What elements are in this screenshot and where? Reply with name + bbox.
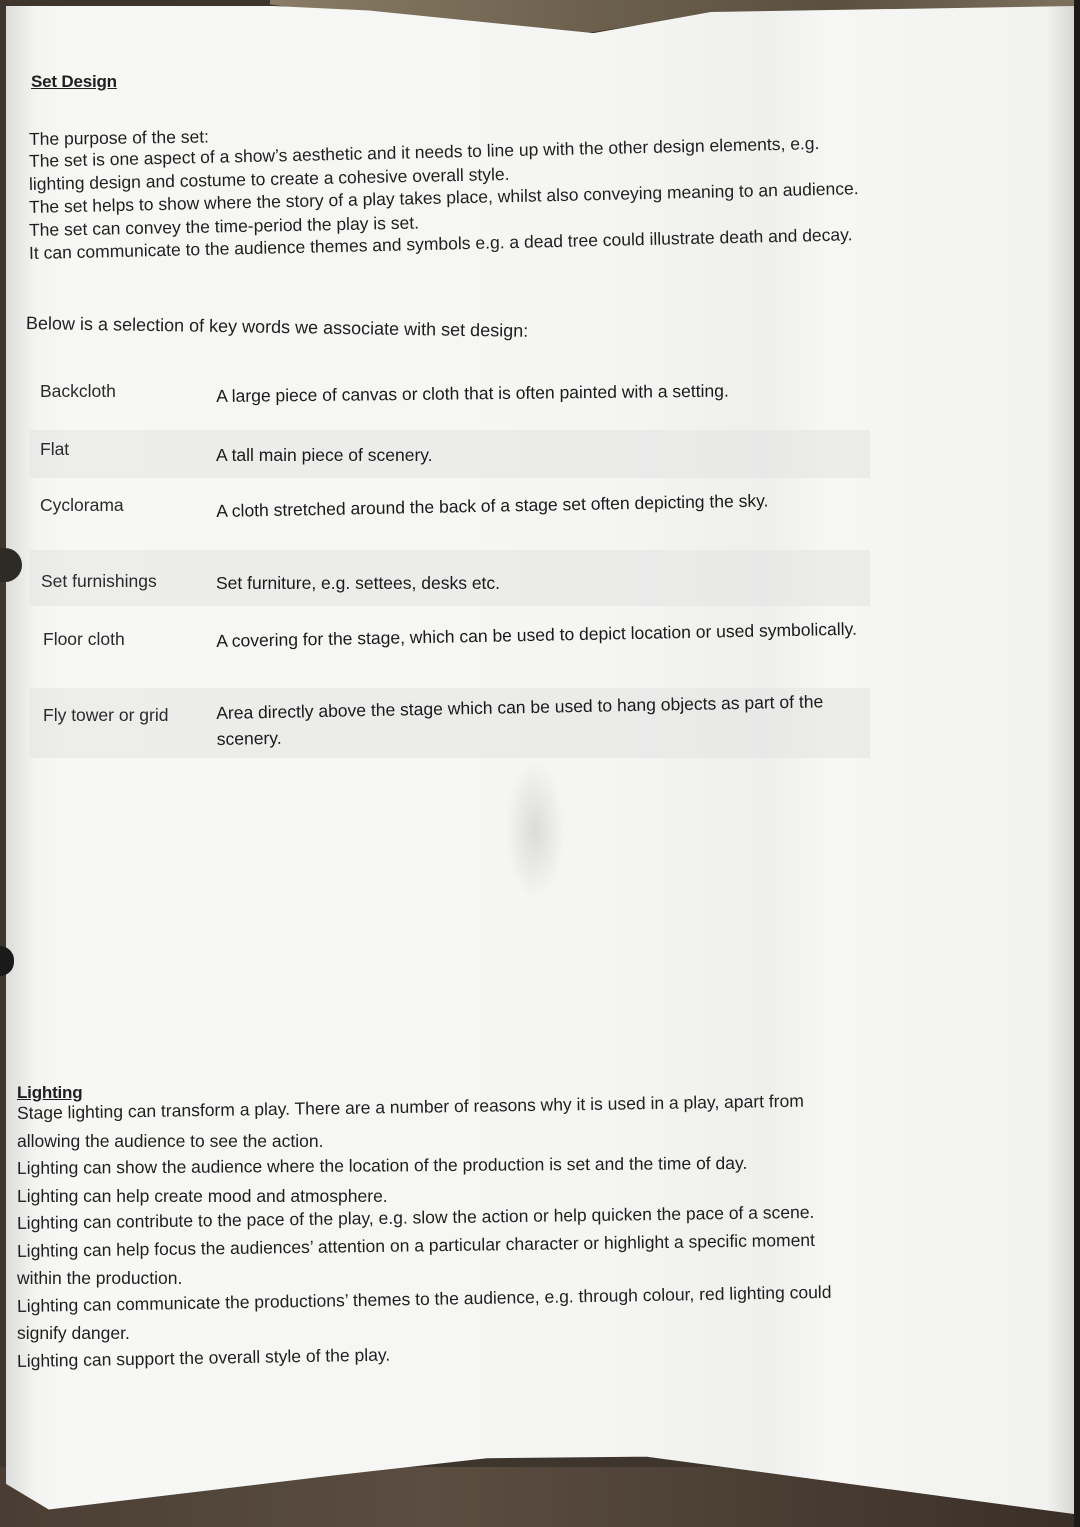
lighting-paragraph: Stage lighting can transform a play. The… bbox=[17, 1100, 832, 1375]
set-design-heading: Set Design bbox=[31, 72, 117, 92]
keyword-row: Cyclorama A cloth stretched around the b… bbox=[30, 486, 870, 542]
text-line: Lighting can show the audience where the… bbox=[17, 1149, 832, 1182]
fold-shadow bbox=[505, 760, 565, 900]
keyword-term: Floor cloth bbox=[43, 626, 203, 652]
keyword-row: Set furnishings Set furniture, e.g. sett… bbox=[30, 550, 870, 606]
keyword-definition: Area directly above the stage which can … bbox=[216, 687, 877, 752]
keyword-term: Flat bbox=[40, 436, 200, 462]
set-purpose-paragraph: The purpose of the set: The set is one a… bbox=[29, 126, 859, 266]
keyword-term: Cyclorama bbox=[40, 492, 200, 518]
keyword-definition: A large piece of canvas or cloth that is… bbox=[216, 376, 876, 409]
keyword-term: Set furnishings bbox=[41, 568, 201, 594]
keyword-term: Backcloth bbox=[40, 378, 200, 404]
keyword-definition: A tall main piece of scenery. bbox=[216, 442, 876, 468]
keyword-term: Fly tower or grid bbox=[43, 702, 173, 728]
keyword-definition: A cloth stretched around the back of a s… bbox=[216, 485, 876, 524]
paper-edge bbox=[1074, 0, 1080, 1527]
keyword-row: Backcloth A large piece of canvas or clo… bbox=[30, 372, 870, 422]
keyword-row: Floor cloth A covering for the stage, wh… bbox=[30, 616, 870, 676]
keyword-row: Fly tower or grid Area directly above th… bbox=[30, 688, 870, 758]
keyword-definition: A covering for the stage, which can be u… bbox=[216, 615, 876, 654]
keyword-definition: Set furniture, e.g. settees, desks etc. bbox=[216, 570, 876, 596]
keyword-row: Flat A tall main piece of scenery. bbox=[30, 430, 870, 478]
